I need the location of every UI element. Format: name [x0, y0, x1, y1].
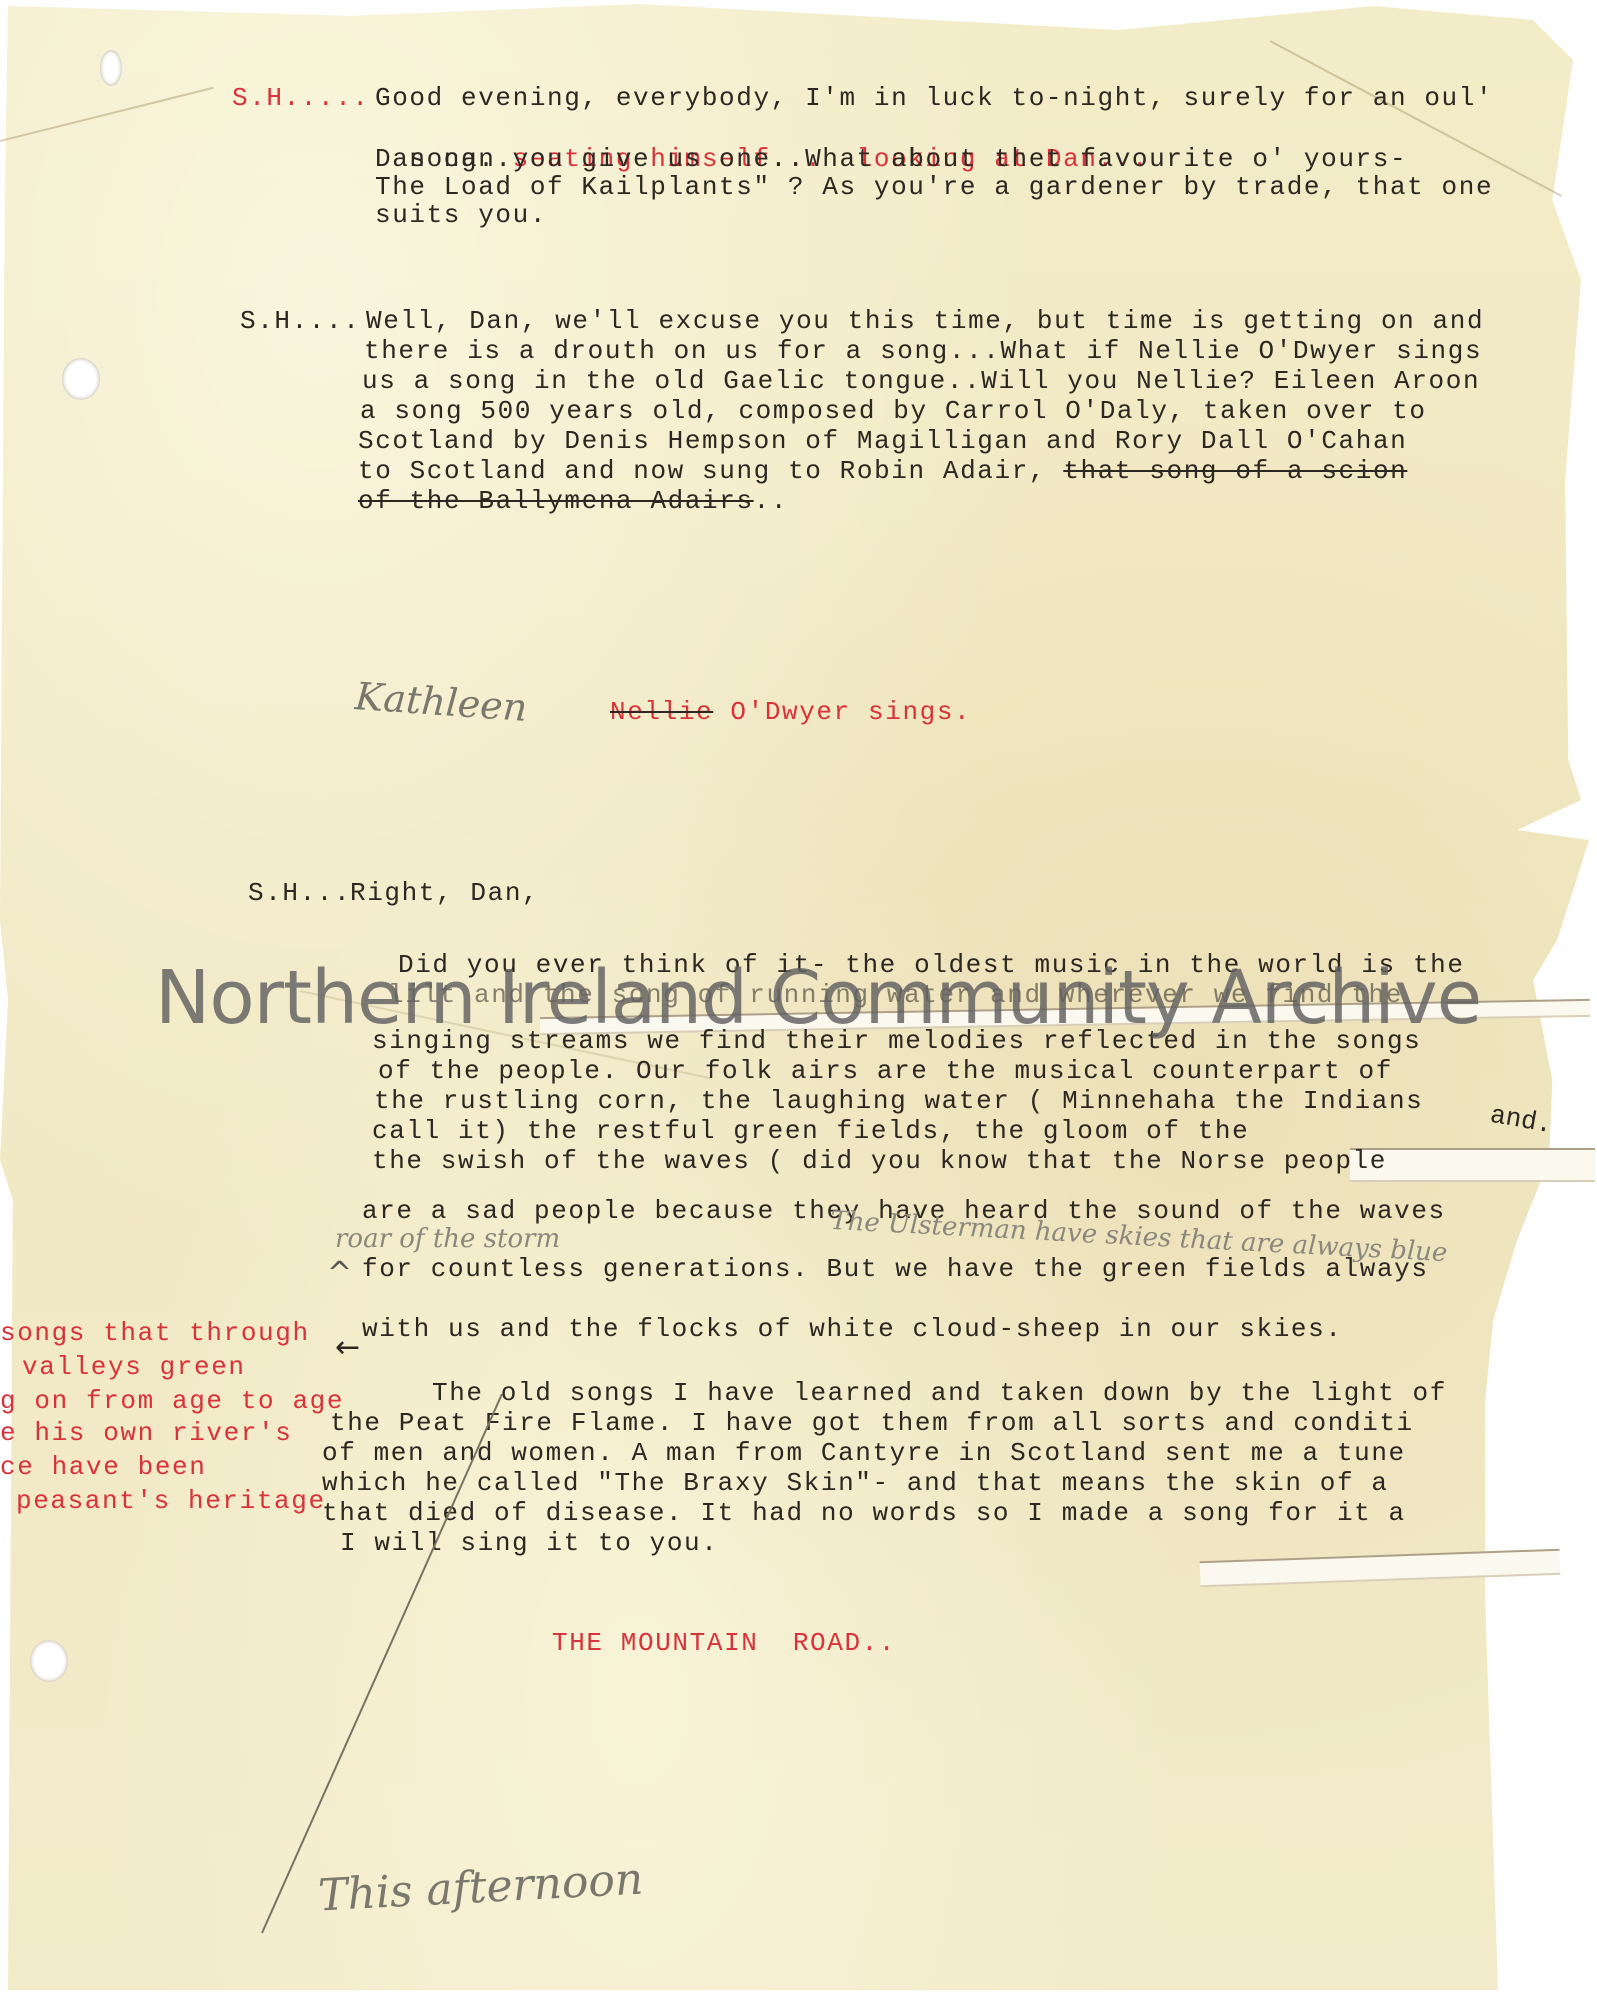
- singer-cue: Nellie O'Dwyer sings.: [610, 697, 971, 727]
- paragraph-line: The old songs I have learned and taken d…: [432, 1378, 1447, 1408]
- struck-text: of the Ballymena Adairs: [358, 486, 754, 516]
- punch-hole: [62, 358, 100, 400]
- script-line: there is a drouth on us for a song...Wha…: [364, 336, 1482, 366]
- script-line: Right, Dan,: [350, 878, 539, 908]
- script-line: Scotland by Denis Hempson of Magilligan …: [358, 426, 1407, 456]
- paragraph-line: call it) the restful green fields, the g…: [372, 1116, 1249, 1146]
- pencil-insertion: roar of the storm: [335, 1224, 560, 1254]
- script-text: to Scotland and now sung to Robin Adair,: [358, 456, 1063, 486]
- struck-text: that song of a scion: [1063, 456, 1407, 486]
- script-line: The Load of Kailplants" ? As you're a ga…: [375, 172, 1493, 202]
- script-line: Dan can you give us one..What about thet…: [375, 144, 1407, 174]
- archive-watermark: Northern Ireland Community Archive: [155, 955, 1481, 1041]
- margin-verse-line: valleys green: [22, 1352, 246, 1382]
- speaker-label: S.H....: [240, 306, 360, 336]
- song-title: THE MOUNTAIN ROAD..: [552, 1628, 896, 1658]
- script-line: us a song in the old Gaelic tongue..Will…: [362, 366, 1480, 396]
- script-line: Good evening, everybody, I'm in luck to-…: [375, 83, 1493, 113]
- script-text: ..: [754, 486, 788, 516]
- script-line: suits you.: [375, 200, 547, 230]
- script-line: Well, Dan, we'll excuse you this time, b…: [366, 306, 1484, 336]
- margin-verse-line: peasant's heritage: [16, 1486, 326, 1516]
- script-line: a song 500 years old, composed by Carrol…: [360, 396, 1427, 426]
- margin-verse-line: ce have been: [0, 1452, 206, 1482]
- margin-verse-line: g on from age to age: [0, 1386, 344, 1416]
- punch-hole: [30, 1640, 68, 1682]
- margin-verse-line: e his own river's: [0, 1418, 292, 1448]
- paragraph-line: which he called "The Braxy Skin"- and th…: [322, 1468, 1389, 1498]
- script-line: to Scotland and now sung to Robin Adair,…: [358, 456, 1407, 486]
- arrow-left-icon: ←: [335, 1330, 360, 1365]
- speaker-label: S.H.....: [232, 83, 370, 113]
- script-line: of the Ballymena Adairs..: [358, 486, 788, 516]
- paragraph-line: of men and women. A man from Cantyre in …: [322, 1438, 1406, 1468]
- punch-hole: [100, 50, 122, 86]
- paragraph-line: the swish of the waves ( did you know th…: [372, 1146, 1387, 1176]
- paragraph-line: I will sing it to you.: [340, 1528, 718, 1558]
- paragraph-line: the rustling corn, the laughing water ( …: [374, 1086, 1423, 1116]
- script-text: O'Dwyer sings.: [713, 697, 971, 727]
- paragraph-line: that died of disease. It had no words so…: [322, 1498, 1406, 1528]
- struck-text: Nellie: [610, 697, 713, 727]
- paragraph-line: of the people. Our folk airs are the mus…: [378, 1056, 1393, 1086]
- paragraph-line: with us and the flocks of white cloud-sh…: [362, 1314, 1343, 1344]
- margin-verse-line: songs that through: [0, 1318, 310, 1348]
- caret-insert-mark: ^: [327, 1256, 352, 1291]
- speaker-label: S.H...: [248, 878, 351, 908]
